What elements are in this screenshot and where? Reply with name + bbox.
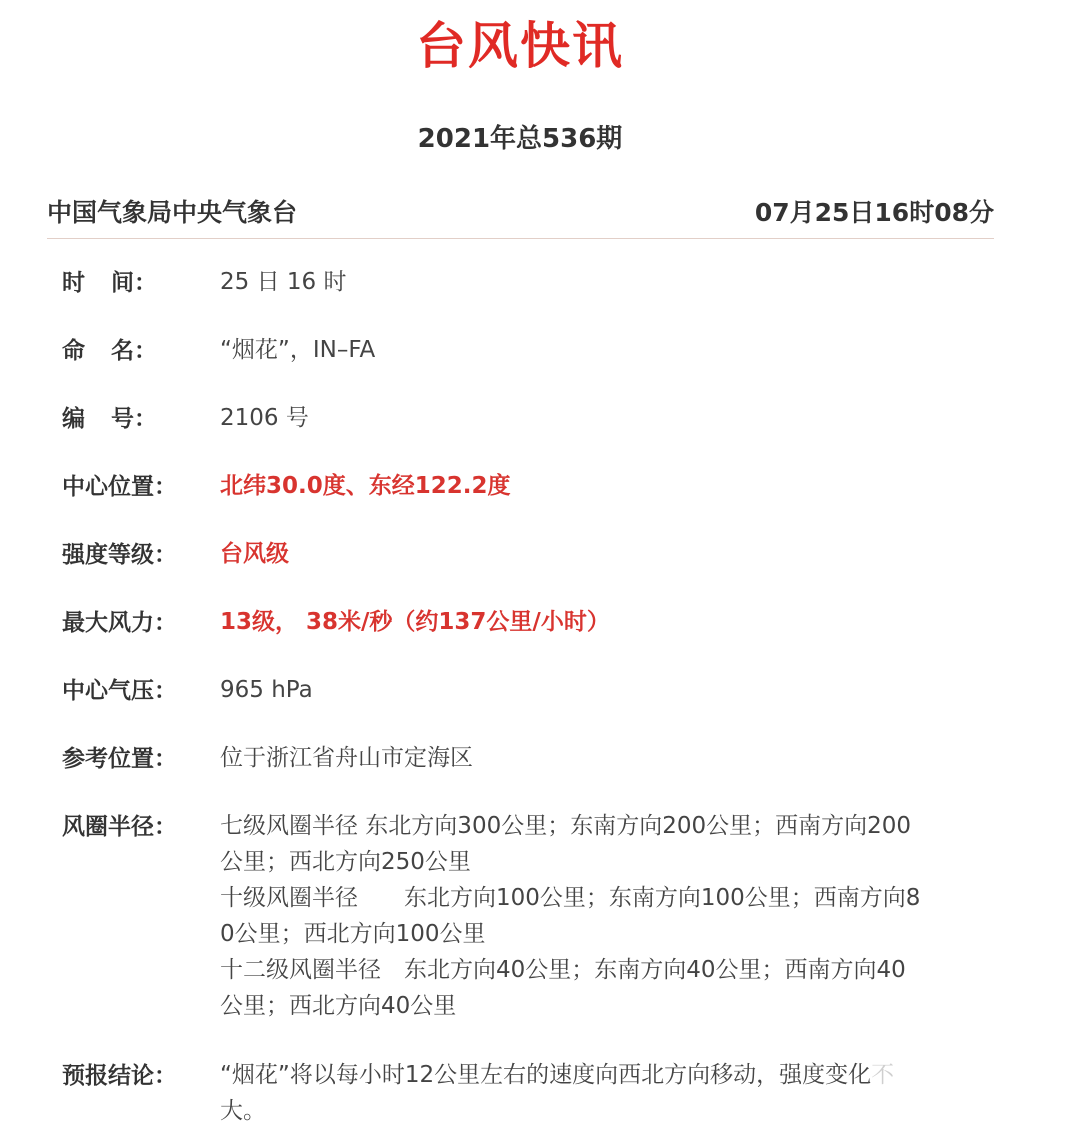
field-name: 命 名： “烟花”，IN–FA	[62, 332, 982, 368]
label-part: 名：	[111, 332, 157, 368]
field-value: 北纬30.0度、东经122.2度	[220, 468, 511, 504]
field-label: 最大风力：	[62, 604, 220, 640]
field-center-position: 中心位置： 北纬30.0度、东经122.2度	[62, 468, 982, 504]
field-label: 中心气压：	[62, 672, 220, 708]
field-forecast: 预报结论： “烟花”将以每小时12公里左右的速度向西北方向移动，强度变化不 大。	[62, 1057, 982, 1129]
field-value: 2106 号	[220, 400, 309, 436]
wind-radius-line: 公里；西北方向40公里	[220, 988, 920, 1024]
issue-number: 2021年总536期	[0, 118, 1040, 155]
label-part: 号：	[111, 400, 157, 436]
wind-radius-line: 0公里；西北方向100公里	[220, 916, 920, 952]
field-value: 25 日 16 时	[220, 264, 346, 300]
field-intensity: 强度等级： 台风级	[62, 536, 982, 572]
wind-radius-line: 十级风圈半径 东北方向100公里；东南方向100公里；西南方向8	[220, 880, 920, 916]
field-label: 强度等级：	[62, 536, 220, 572]
wind-radius-line: 七级风圈半径 东北方向300公里；东南方向200公里；西南方向200	[220, 808, 920, 844]
field-label: 时 间：	[62, 264, 157, 300]
label-part: 编	[62, 400, 85, 436]
label-part: 命	[62, 332, 85, 368]
field-label: 参考位置：	[62, 740, 220, 776]
field-number: 编 号： 2106 号	[62, 400, 982, 436]
field-label: 中心位置：	[62, 468, 220, 504]
wind-radius-line: 公里；西北方向250公里	[220, 844, 920, 880]
issued-time: 07月25日16时08分	[755, 193, 994, 229]
wind-radius-line: 十二级风圈半径 东北方向40公里；东南方向40公里；西南方向40	[220, 952, 920, 988]
field-time: 时 间： 25 日 16 时	[62, 264, 982, 300]
field-center-pressure: 中心气压： 965 hPa	[62, 672, 982, 708]
page-title: 台风快讯	[0, 6, 1040, 78]
forecast-line: 大。	[220, 1093, 894, 1129]
field-value: “烟花”将以每小时12公里左右的速度向西北方向移动，强度变化不 大。	[220, 1057, 894, 1129]
label-part: 间：	[111, 264, 157, 300]
field-value: 位于浙江省舟山市定海区	[220, 740, 473, 776]
field-max-wind: 最大风力： 13级， 38米/秒（约137公里/小时）	[62, 604, 982, 640]
field-wind-radius: 风圈半径： 七级风圈半径 东北方向300公里；东南方向200公里；西南方向200…	[62, 808, 982, 1024]
source-agency: 中国气象局中央气象台	[47, 193, 297, 229]
field-value: 七级风圈半径 东北方向300公里；东南方向200公里；西南方向200 公里；西北…	[220, 808, 920, 1024]
header-row: 中国气象局中央气象台 07月25日16时08分	[47, 193, 994, 229]
field-value: 13级， 38米/秒（约137公里/小时）	[220, 604, 610, 640]
field-label: 命 名：	[62, 332, 157, 368]
header-divider	[47, 238, 994, 239]
field-reference-position: 参考位置： 位于浙江省舟山市定海区	[62, 740, 982, 776]
field-label: 风圈半径：	[62, 808, 220, 1024]
field-value: 965 hPa	[220, 672, 313, 708]
field-value: 台风级	[220, 536, 289, 572]
forecast-text: “烟花”将以每小时12公里左右的速度向西北方向移动，强度变化	[220, 1062, 871, 1088]
field-label: 编 号：	[62, 400, 157, 436]
field-value: “烟花”，IN–FA	[220, 332, 375, 368]
field-label: 预报结论：	[62, 1057, 220, 1129]
forecast-obscured-text: 不	[871, 1062, 894, 1088]
label-part: 时	[62, 264, 85, 300]
forecast-line: “烟花”将以每小时12公里左右的速度向西北方向移动，强度变化不	[220, 1057, 894, 1093]
